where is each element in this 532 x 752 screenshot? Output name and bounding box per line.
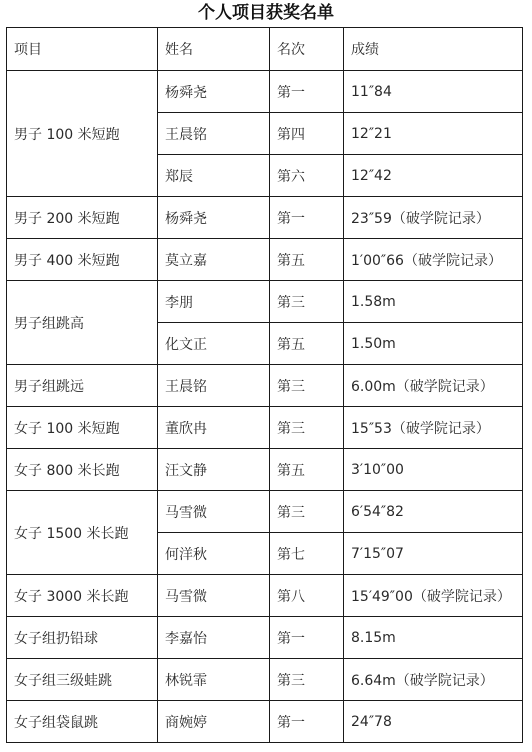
table-row: 女子 100 米短跑 董欣冉 第三 15″53（破学院记录） (7, 407, 523, 449)
table-row: 女子组三级蛙跳 林锐霏 第三 6.64m（破学院记录） (7, 659, 523, 701)
rank-cell: 第三 (270, 365, 344, 407)
table-row: 男子组跳高 李朋 第三 1.58m (7, 281, 523, 323)
table-row: 男子 400 米短跑 莫立嘉 第五 1′00″66（破学院记录） (7, 239, 523, 281)
event-cell: 男子组跳远 (7, 365, 158, 407)
rank-cell: 第五 (270, 239, 344, 281)
rank-cell: 第三 (270, 491, 344, 533)
event-cell: 女子 800 米长跑 (7, 449, 158, 491)
result-cell: 24″78 (344, 701, 523, 743)
event-cell: 女子 1500 米长跑 (7, 491, 158, 575)
header-rank: 名次 (270, 28, 344, 71)
result-cell: 12″21 (344, 113, 523, 155)
result-cell: 3′10″00 (344, 449, 523, 491)
result-cell: 1′00″66（破学院记录） (344, 239, 523, 281)
result-cell: 1.58m (344, 281, 523, 323)
name-cell: 化文正 (158, 323, 270, 365)
name-cell: 商婉婷 (158, 701, 270, 743)
result-cell: 1.50m (344, 323, 523, 365)
name-cell: 李朋 (158, 281, 270, 323)
event-cell: 女子组三级蛙跳 (7, 659, 158, 701)
header-event: 项目 (7, 28, 158, 71)
event-cell: 女子组扔铅球 (7, 617, 158, 659)
rank-cell: 第五 (270, 449, 344, 491)
name-cell: 郑辰 (158, 155, 270, 197)
result-cell: 6.64m（破学院记录） (344, 659, 523, 701)
table-row: 女子 800 米长跑 汪文静 第五 3′10″00 (7, 449, 523, 491)
result-cell: 6′54″82 (344, 491, 523, 533)
event-cell: 女子组袋鼠跳 (7, 701, 158, 743)
name-cell: 何洋秋 (158, 533, 270, 575)
event-cell: 女子 3000 米长跑 (7, 575, 158, 617)
name-cell: 王晨铭 (158, 365, 270, 407)
name-cell: 王晨铭 (158, 113, 270, 155)
rank-cell: 第四 (270, 113, 344, 155)
result-cell: 23″59（破学院记录） (344, 197, 523, 239)
rank-cell: 第八 (270, 575, 344, 617)
result-cell: 8.15m (344, 617, 523, 659)
result-cell: 12″42 (344, 155, 523, 197)
table-row: 女子 1500 米长跑 马雪微 第三 6′54″82 (7, 491, 523, 533)
table-row: 男子组跳远 王晨铭 第三 6.00m（破学院记录） (7, 365, 523, 407)
table-row: 女子组扔铅球 李嘉怡 第一 8.15m (7, 617, 523, 659)
name-cell: 莫立嘉 (158, 239, 270, 281)
result-cell: 15′49″00（破学院记录） (344, 575, 523, 617)
table-row: 女子组袋鼠跳 商婉婷 第一 24″78 (7, 701, 523, 743)
header-name: 姓名 (158, 28, 270, 71)
rank-cell: 第一 (270, 71, 344, 113)
result-cell: 7′15″07 (344, 533, 523, 575)
event-cell: 男子 200 米短跑 (7, 197, 158, 239)
header-result: 成绩 (344, 28, 523, 71)
rank-cell: 第三 (270, 407, 344, 449)
rank-cell: 第三 (270, 659, 344, 701)
table-row: 男子 200 米短跑 杨舜尧 第一 23″59（破学院记录） (7, 197, 523, 239)
page-title: 个人项目获奖名单 (0, 0, 532, 27)
awards-table: 项目 姓名 名次 成绩 男子 100 米短跑 杨舜尧 第一 11″84 王晨铭 … (6, 27, 523, 743)
name-cell: 林锐霏 (158, 659, 270, 701)
table-header-row: 项目 姓名 名次 成绩 (7, 28, 523, 71)
table-row: 男子 100 米短跑 杨舜尧 第一 11″84 (7, 71, 523, 113)
name-cell: 马雪微 (158, 491, 270, 533)
rank-cell: 第三 (270, 281, 344, 323)
name-cell: 杨舜尧 (158, 71, 270, 113)
event-cell: 女子 100 米短跑 (7, 407, 158, 449)
name-cell: 李嘉怡 (158, 617, 270, 659)
table-row: 女子 3000 米长跑 马雪微 第八 15′49″00（破学院记录） (7, 575, 523, 617)
name-cell: 董欣冉 (158, 407, 270, 449)
rank-cell: 第七 (270, 533, 344, 575)
event-cell: 男子 400 米短跑 (7, 239, 158, 281)
name-cell: 杨舜尧 (158, 197, 270, 239)
rank-cell: 第一 (270, 617, 344, 659)
result-cell: 11″84 (344, 71, 523, 113)
name-cell: 马雪微 (158, 575, 270, 617)
event-cell: 男子 100 米短跑 (7, 71, 158, 197)
name-cell: 汪文静 (158, 449, 270, 491)
event-cell: 男子组跳高 (7, 281, 158, 365)
rank-cell: 第六 (270, 155, 344, 197)
rank-cell: 第五 (270, 323, 344, 365)
result-cell: 6.00m（破学院记录） (344, 365, 523, 407)
rank-cell: 第一 (270, 701, 344, 743)
rank-cell: 第一 (270, 197, 344, 239)
result-cell: 15″53（破学院记录） (344, 407, 523, 449)
